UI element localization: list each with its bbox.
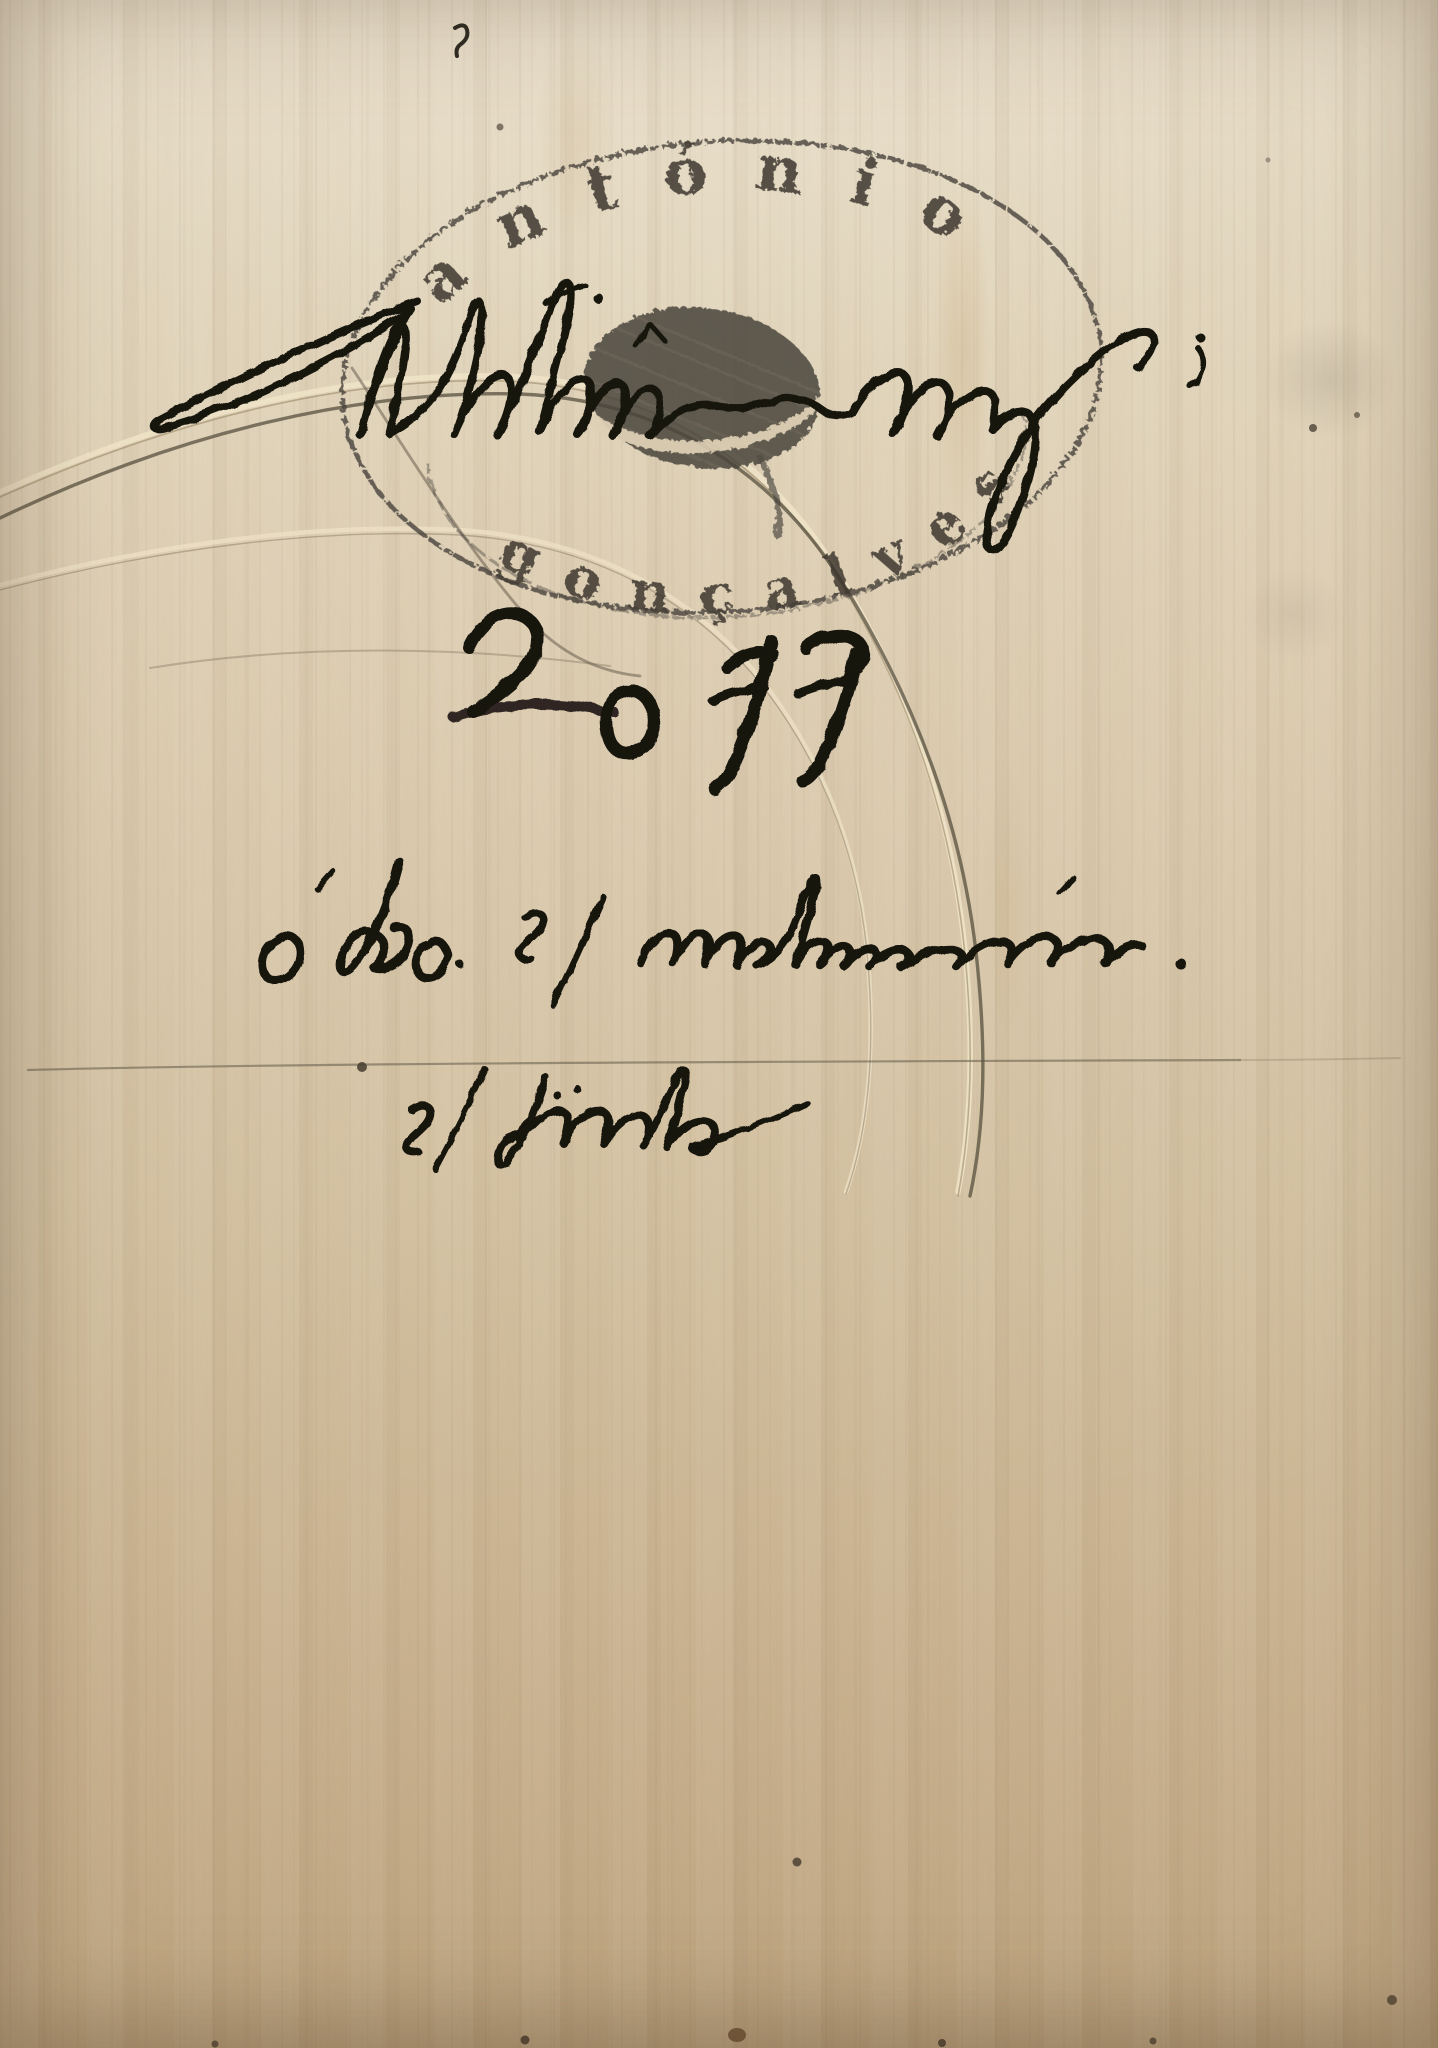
photo-vignette [0, 0, 1438, 2048]
photo-panel-back: compass arcs antónio gonçalves [0, 0, 1438, 2048]
